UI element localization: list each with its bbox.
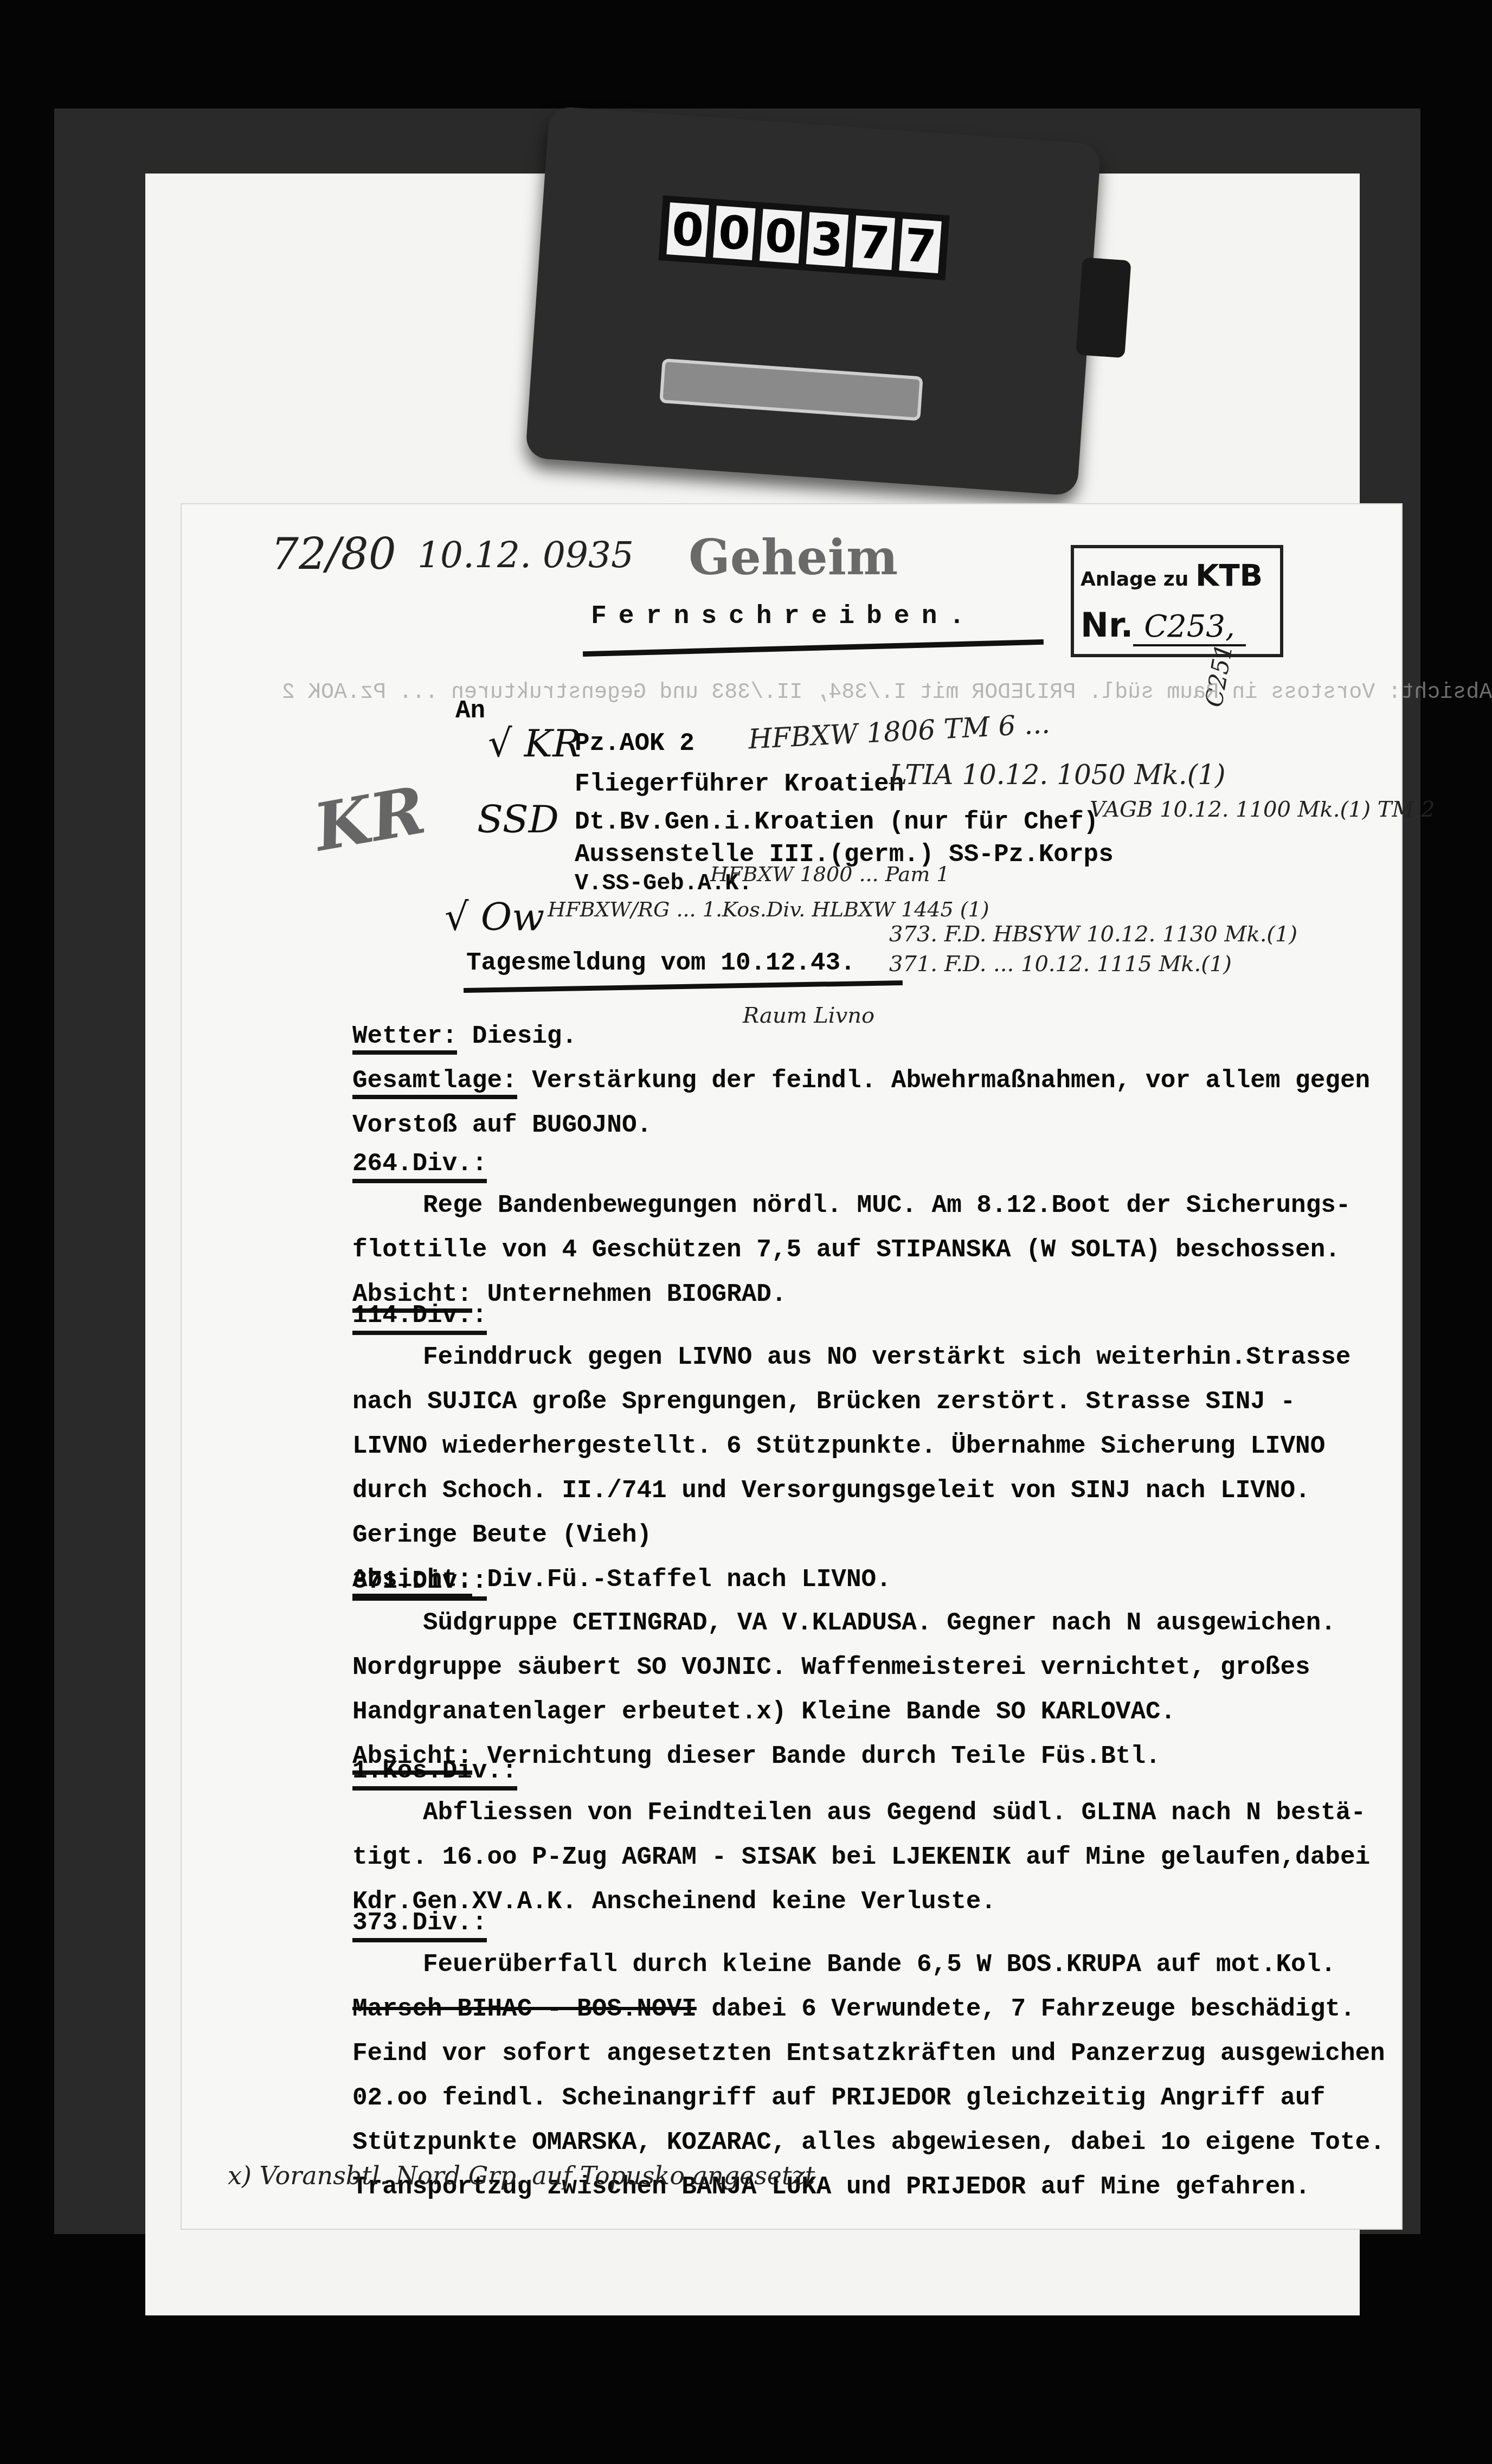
subject-line: Tagesmeldung vom 10.12.43.	[466, 949, 856, 977]
section-line: tigt. 16.oo P-Zug AGRAM - SISAK bei LJEK…	[352, 1835, 1372, 1879]
stamp-label: Anlage zu	[1081, 568, 1188, 591]
recipient-note: VAGB 10.12. 1100 Mk.(1) TM 2	[1090, 797, 1435, 822]
section-heading: 1.Kos.Div.:	[352, 1757, 517, 1791]
section-1-kos-div: 1.Kos.Div.: Abfliessen von Feindteilen a…	[352, 1757, 1372, 1924]
gesamtlage-line: Verstärkung der feindl. Abwehrmaßnahmen,…	[532, 1067, 1370, 1095]
section-line: durch Schoch. II./741 und Versorgungsgel…	[352, 1468, 1372, 1513]
stamp-nr-label: Nr.	[1081, 605, 1133, 645]
section-264-div: 264.Div.: Rege Bandenbewegungen nördl. M…	[352, 1150, 1372, 1317]
handwritten-datetime: 10.12. 0935	[417, 534, 634, 576]
document-type: Fernschreiben.	[591, 602, 976, 631]
counter-nameplate	[659, 358, 923, 421]
gesamtlage-line: Vorstoß auf BUGOJNO.	[352, 1103, 1372, 1147]
section-line: Südgruppe CETINGRAD, VA V.KLADUSA. Gegne…	[352, 1601, 1372, 1645]
section-line: LIVNO wiederhergestellt. 6 Stützpunkte. …	[352, 1424, 1372, 1468]
recipient-tick: SSD	[477, 797, 559, 842]
handwritten-footnote: x) Voransbtl. Nord Grp. auf Topusko ange…	[228, 2161, 815, 2190]
extra-routing-note: 373. F.D. HBSYW 10.12. 1130 Mk.(1)	[889, 922, 1297, 947]
counter-knob	[1076, 257, 1131, 358]
handwritten-reference: 72/80	[271, 529, 396, 579]
section-line: 02.oo feindl. Scheinangriff auf PRIJEDOR…	[352, 2076, 1372, 2120]
recipient-note: HFBXW 1800 ... Pam 1	[710, 862, 950, 886]
section-heading: 114.Div.:	[352, 1301, 487, 1335]
addressee-label: An	[455, 697, 485, 725]
section-line: Nordgruppe säubert SO VOJNIC. Waffenmeis…	[352, 1645, 1372, 1690]
counter-digit: 3	[806, 212, 849, 267]
classification-stamp: Geheim	[689, 529, 898, 586]
counter-digit: 0	[760, 209, 802, 264]
ktb-stamp: Anlage zu KTB Nr.C253,	[1071, 545, 1283, 657]
section-line: Handgranatenlager erbeutet.x) Kleine Ban…	[352, 1690, 1372, 1734]
frame-counter: 0 0 0 3 7 7	[525, 106, 1102, 496]
stamp-nr-value: C253,	[1133, 609, 1246, 646]
recipient-tick: √ Ow	[445, 895, 544, 939]
section-line: Abfliessen von Feindteilen aus Gegend sü…	[352, 1791, 1372, 1835]
section-heading: 264.Div.:	[352, 1150, 487, 1183]
section-line: Feind vor sofort angesetzten Entsatzkräf…	[352, 2031, 1372, 2076]
section-line: Feuerüberfall durch kleine Bande 6,5 W B…	[352, 1942, 1372, 1987]
counter-digit: 7	[853, 215, 896, 270]
section-line: Stützpunkte OMARSKA, KOZARAC, alles abge…	[352, 2120, 1372, 2165]
wetter-text: Diesig.	[472, 1022, 577, 1050]
section-114-div: 114.Div.: Feinddruck gegen LIVNO aus NO …	[352, 1301, 1372, 1602]
extra-routing-note: 371. F.D. ... 10.12. 1115 Mk.(1)	[889, 952, 1232, 977]
recipient-name: Pz.AOK 2	[575, 729, 694, 758]
section-heading: 371.Div.:	[352, 1567, 487, 1601]
gesamtlage-label: Gesamtlage:	[352, 1067, 517, 1099]
recipient-tick: √ KR	[488, 721, 581, 766]
section-line: Geringe Beute (Vieh)	[352, 1513, 1372, 1557]
recipient-name: Fliegerführer Kroatien	[575, 770, 904, 798]
struck-text: Marsch BIHAC - BOS.NOVI	[352, 1995, 697, 2023]
section-line: nach SUJICA große Sprengungen, Brücken z…	[352, 1379, 1372, 1424]
section-line: flottille von 4 Geschützen 7,5 auf STIPA…	[352, 1228, 1372, 1272]
gesamtlage-annotation: Raum Livno	[743, 1003, 874, 1028]
recipient-note: HFBXW/RG ... 1.Kos.Div. HLBXW 1445 (1)	[548, 897, 989, 921]
counter-digit: 0	[713, 206, 756, 260]
section-line: Feinddruck gegen LIVNO aus NO verstärkt …	[352, 1335, 1372, 1379]
wetter-label: Wetter:	[352, 1022, 457, 1055]
section-371-div: 371.Div.: Südgruppe CETINGRAD, VA V.KLAD…	[352, 1567, 1372, 1779]
counter-digit: 7	[899, 219, 942, 273]
section-line: dabei 6 Verwundete, 7 Fahrzeuge beschädi…	[712, 1995, 1355, 2023]
recipient-note: LTIA 10.12. 1050 Mk.(1)	[889, 759, 1226, 791]
section-line: Rege Bandenbewegungen nördl. MUC. Am 8.1…	[352, 1183, 1372, 1228]
recipient-name: Dt.Bv.Gen.i.Kroatien (nur für Chef)	[575, 808, 1098, 836]
section-heading: 373.Div.:	[352, 1909, 487, 1942]
counter-digits: 0 0 0 3 7 7	[659, 195, 950, 280]
counter-digit: 0	[666, 202, 709, 257]
stamp-ktb: KTB	[1195, 558, 1263, 593]
section-wetter: Wetter: Diesig. Raum Livno Gesamtlage: V…	[352, 1014, 1372, 1147]
